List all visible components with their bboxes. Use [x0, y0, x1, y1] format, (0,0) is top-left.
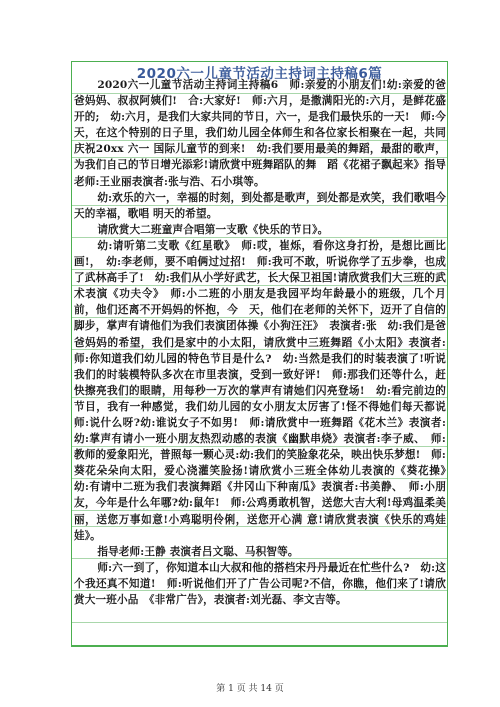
paragraph-program: 幼:请听第二支歌《红星歌》 师:哎，崔烁，看你这身打扮，是想比画比画!， 幼:李…	[74, 238, 446, 544]
paragraph-joy: 幼:欢乐的六一，幸福的时刻，到处都是歌声，到处都是欢笑，我们歌唱今天的幸福，歌唱…	[74, 190, 446, 222]
rule-line	[72, 622, 447, 623]
footer-divider	[71, 646, 448, 647]
paragraph-chorus: 请欣赏大二班童声合唱第一支歌《快乐的节日》。	[74, 222, 446, 238]
page-number: 第 1 页 共 14 页	[0, 681, 500, 694]
paragraph-instructor: 指导老师:王静 表演者吕文聪、马积智等。	[74, 544, 446, 560]
paragraph-sketch: 师:六一到了，你知道本山大叔和他的搭档宋丹丹最近在忙些什么? 幼:这个我还真不知…	[74, 560, 446, 608]
paragraph-intro: 2020六一儿童节活动主持词主持稿6 师:亲爱的小朋友们!幼:亲爱的爸爸妈妈、叔…	[74, 77, 446, 190]
document-body: 2020六一儿童节活动主持词主持稿6 师:亲爱的小朋友们!幼:亲爱的爸爸妈妈、叔…	[74, 77, 446, 608]
